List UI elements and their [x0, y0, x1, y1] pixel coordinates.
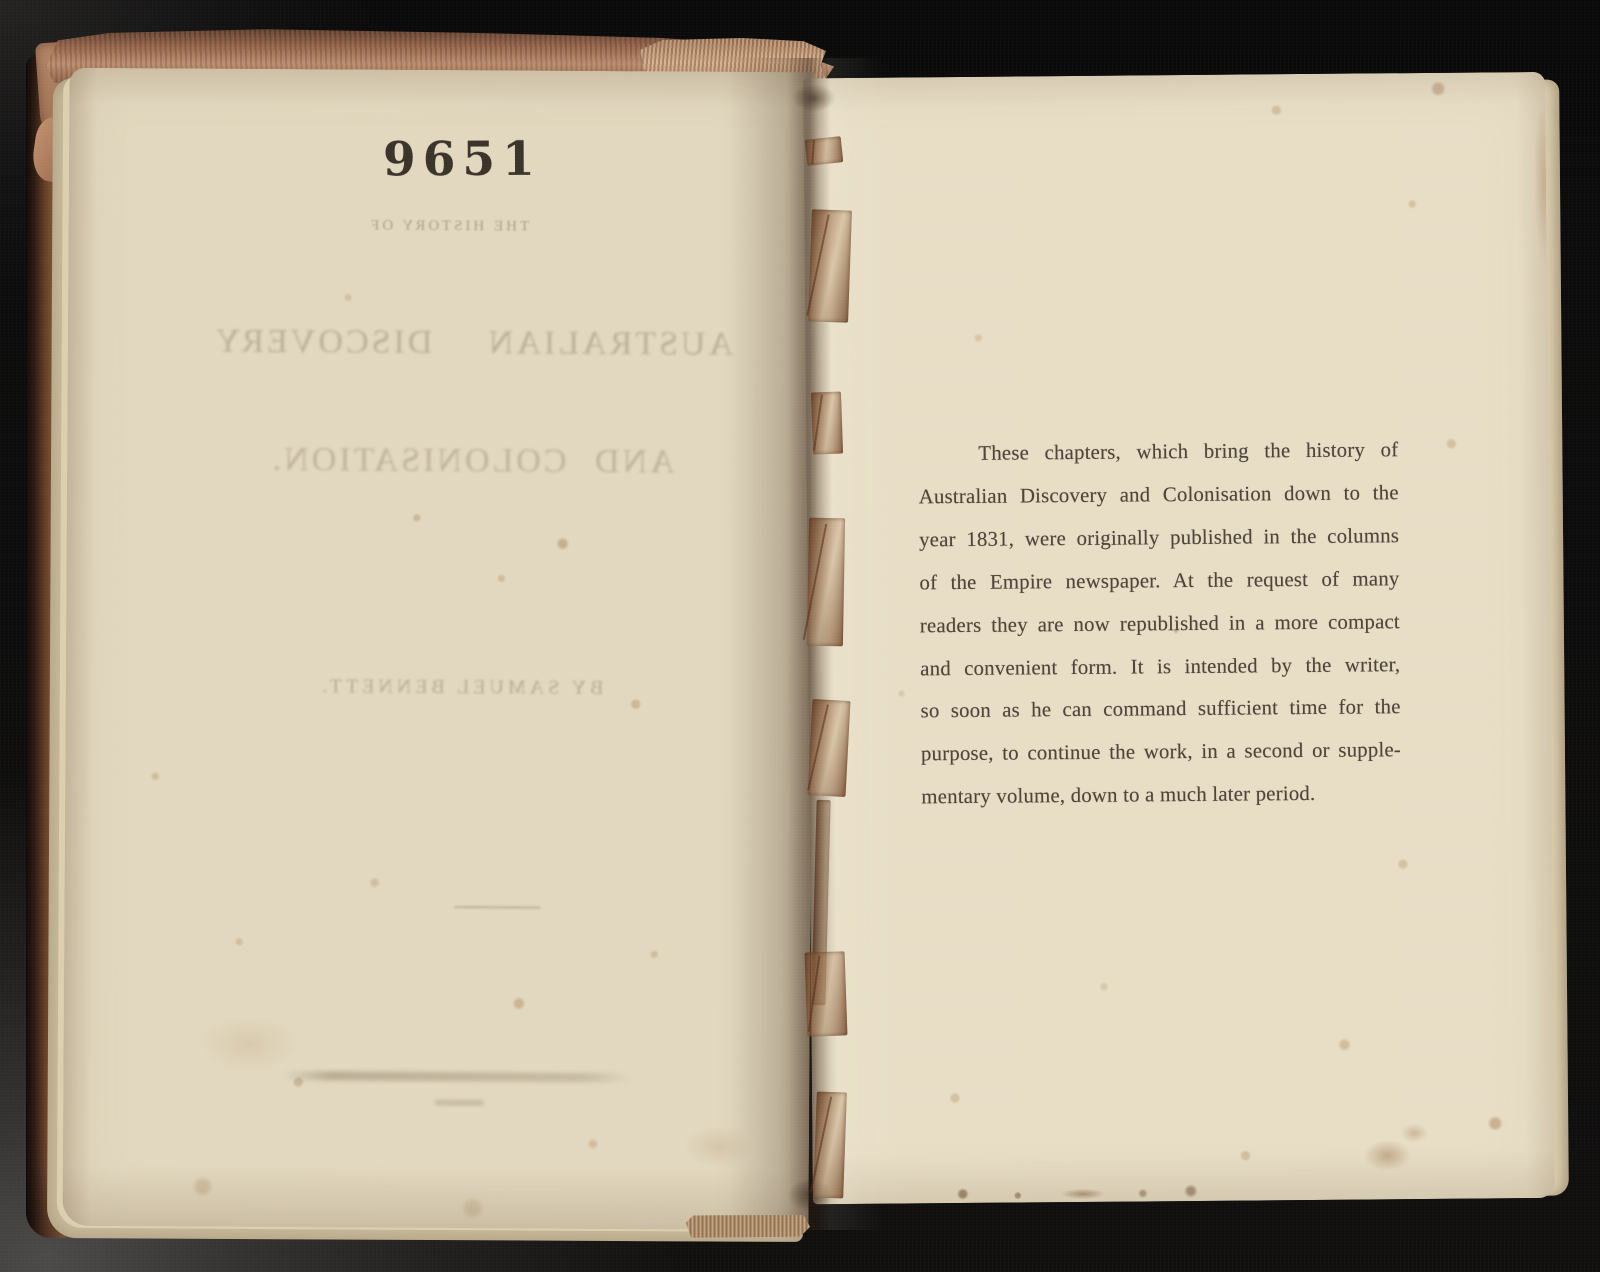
- accession-number-stamp: 9651: [383, 132, 542, 188]
- paragraph-line: Australian Discovery and Colonisation do…: [919, 472, 1399, 519]
- show-through-title-line1: AUSTRALIAN DISCOVERY: [188, 322, 758, 363]
- binding-repair-mark: [805, 136, 844, 166]
- book-photo-scene: 9651 THE HISTORY OF AUSTRALIAN DISCOVERY…: [0, 0, 1600, 1272]
- show-through-title-line2: AND COLONISATION.: [237, 441, 707, 482]
- binding-repair-mark: [805, 951, 848, 1036]
- binding-repair-mark: [808, 209, 852, 322]
- preface-paragraph: These chapters, which bring the history …: [918, 429, 1401, 819]
- gutter-fold-shadow-top: [792, 84, 836, 112]
- paragraph-line: mentary volume, down to a much later per…: [921, 772, 1401, 819]
- show-through-series-line: THE HISTORY OF: [319, 217, 579, 236]
- show-through-rule: [454, 906, 540, 909]
- paragraph-line: purpose, to continue the work, in a seco…: [921, 730, 1401, 777]
- binding-repair-mark: [813, 1092, 847, 1199]
- binding-repair-mark: [807, 518, 845, 647]
- left-page: 9651 THE HISTORY OF AUSTRALIAN DISCOVERY…: [62, 68, 815, 1231]
- book-spine-tail-cloth: [686, 1212, 811, 1239]
- paragraph-line: year 1831, were originally published in …: [919, 515, 1399, 562]
- show-through-imprint-blur: [281, 1071, 633, 1082]
- paragraph-line: so soon as he can command sufficient tim…: [920, 687, 1400, 734]
- show-through-imprint-blur-2: [435, 1100, 483, 1105]
- paragraph-line: and convenient form. It is intended by t…: [920, 644, 1400, 691]
- right-page: These chapters, which bring the history …: [803, 72, 1555, 1204]
- paragraph-line: These chapters, which bring the history …: [918, 429, 1398, 476]
- paragraph-line: readers they are now republished in a mo…: [920, 601, 1400, 648]
- paragraph-line: of the Empire newspaper. At the request …: [919, 558, 1399, 605]
- binding-repair-mark: [808, 699, 851, 797]
- show-through-byline: BY SAMUEL BENNETT.: [266, 675, 656, 700]
- binding-repair-mark: [811, 391, 843, 454]
